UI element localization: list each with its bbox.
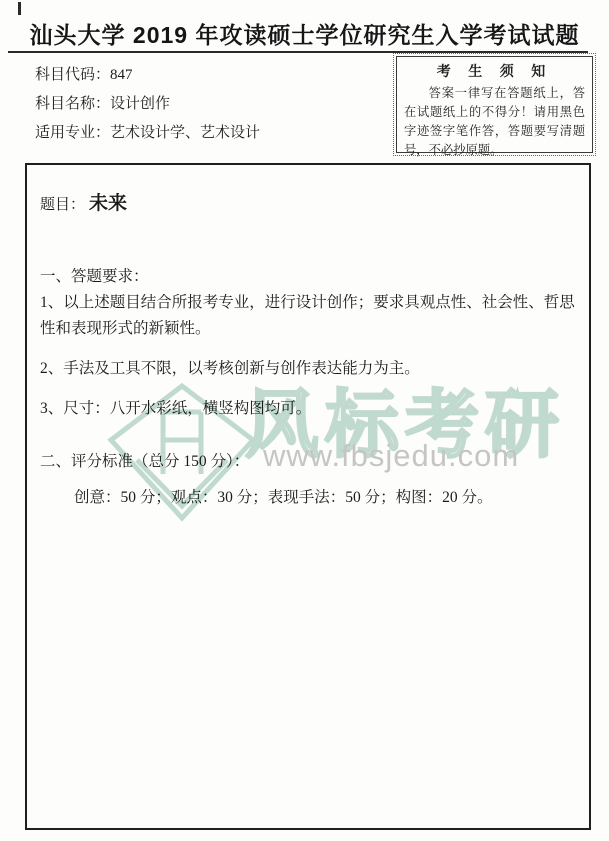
subject-meta: 科目代码：847 科目名称：设计创作 适用专业：艺术设计学、艺术设计 — [35, 61, 260, 148]
requirement-item-3: 3、尺寸：八开水彩纸，横竖构图均可。 — [40, 396, 585, 422]
subject-code-value: 847 — [110, 67, 133, 83]
major-value: 艺术设计学、艺术设计 — [110, 125, 260, 141]
requirement-item-1: 1、以上述题目结合所报考专业，进行设计创作；要求具观点性、社会性、哲思性和表现形… — [40, 290, 585, 342]
scan-artifact-mark — [18, 2, 21, 15]
subject-name-row: 科目名称：设计创作 — [35, 90, 260, 119]
section2-heading: 二、评分标准（总分 150 分）： — [40, 449, 585, 475]
topic-line: 题目：未来 — [40, 191, 585, 218]
major-row: 适用专业：艺术设计学、艺术设计 — [35, 119, 260, 148]
major-label: 适用专业： — [35, 125, 110, 141]
requirement-item-2: 2、手法及工具不限，以考核创新与创作表达能力为主。 — [40, 356, 585, 382]
subject-name-label: 科目名称： — [35, 96, 110, 112]
page-title: 汕头大学 2019 年攻读硕士学位研究生入学考试试题 — [0, 17, 609, 50]
candidate-notice-box: 考 生 须 知 答案一律写在答题纸上，答在试题纸上的不得分！请用黑色字迹签字笔作… — [393, 53, 596, 156]
scoring-line: 创意：50 分；观点：30 分；表现手法：50 分；构图：20 分。 — [74, 485, 609, 511]
candidate-notice-inner: 考 生 须 知 答案一律写在答题纸上，答在试题纸上的不得分！请用黑色字迹签字笔作… — [396, 56, 593, 153]
topic-label: 题目： — [40, 197, 85, 213]
question-box: 题目：未来 一、答题要求： 1、以上述题目结合所报考专业，进行设计创作；要求具观… — [25, 163, 591, 830]
notice-title: 考 生 须 知 — [404, 61, 585, 81]
subject-code-row: 科目代码：847 — [35, 61, 260, 90]
section1-heading: 一、答题要求： — [40, 264, 585, 290]
notice-body: 答案一律写在答题纸上，答在试题纸上的不得分！请用黑色字迹签字笔作答，答题要写清题… — [404, 84, 585, 160]
exam-paper-page: 汕头大学 2019 年攻读硕士学位研究生入学考试试题 科目代码：847 科目名称… — [0, 0, 609, 841]
topic-value: 未来 — [89, 193, 127, 214]
subject-code-label: 科目代码： — [35, 67, 110, 83]
subject-name-value: 设计创作 — [110, 96, 170, 112]
